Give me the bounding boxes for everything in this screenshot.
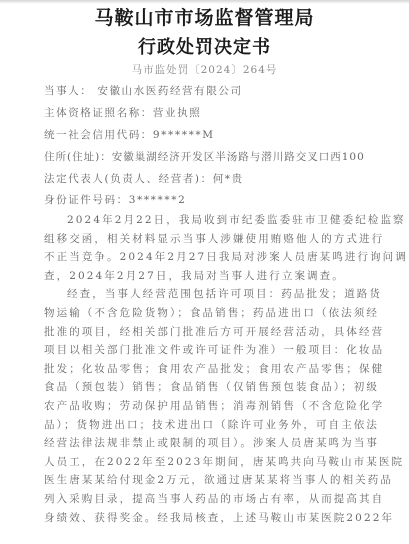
field-value: 何*贵 — [213, 173, 244, 185]
field-legal-representative: 法定代表人(负责人、经营者)：何*贵 — [44, 172, 244, 186]
field-label: 身份证件号码： — [44, 194, 129, 206]
field-label: 主体资格证照名称： — [44, 107, 153, 119]
field-license-name: 主体资格证照名称：营业执照 — [44, 106, 201, 120]
document-type-title: 行政处罚决定书 — [0, 36, 409, 60]
decision-body: 2024年2月22日，我局收到市纪委监委驻市卫健委纪检监察 组移交函，相关材料显… — [44, 211, 374, 527]
text-line: 不正当竞争。2024年2月27日我局对涉案人员唐某鸣进行询问调 — [44, 248, 374, 267]
text-line: 物运输（不含危险货物）；食品销售；药品进出口（依法须经 — [44, 304, 374, 323]
field-value: 3******2 — [129, 194, 187, 206]
field-credit-code: 统一社会信用代码：9******M — [44, 128, 215, 142]
text-line: 批发；化妆品零售；食用农产品批发；食用农产品零售；保健 — [44, 360, 374, 379]
field-label: 住所(住址)： — [44, 151, 112, 163]
text-line: 食品（预包装）销售；食品销售（仅销售预包装食品）；初级 — [44, 378, 374, 397]
text-line: 经营法律法规非禁止或限制的项目）。涉案人员唐某鸣为当事 — [44, 434, 374, 453]
field-label: 统一社会信用代码： — [44, 129, 153, 141]
text-line: 农产品收购；劳动保护用品销售；消毒剂销售（不含危险化学 — [44, 397, 374, 416]
field-address: 住所(住址)：安徽巢湖经济开发区半汤路与潜川路交叉口西100 — [44, 150, 365, 164]
text-line: 经查，当事人经营范围包括许可项目：药品批发；道路货 — [44, 285, 374, 304]
text-line: 人员工，在2022年至2023年期间，唐某鸣共向马鞍山市某医院 — [44, 453, 374, 472]
document-number: 马市监处罚〔2024〕264号 — [0, 63, 409, 77]
field-label: 当事人： — [44, 85, 92, 97]
text-line: 2024年2月22日，我局收到市纪委监委驻市卫健委纪检监察 — [44, 211, 374, 230]
text-line: 查，2024年2月27日，我局对当事人进行立案调查。 — [44, 267, 374, 286]
text-line: 列入采购目录，提高当事人药品的市场占有率，从而提高其自 — [44, 490, 374, 509]
page-top-edge — [0, 0, 409, 4]
field-id-number: 身份证件号码：3******2 — [44, 193, 186, 207]
paragraph-investigation: 经查，当事人经营范围包括许可项目：药品批发；道路货 物运输（不含危险货物）；食品… — [44, 285, 374, 527]
text-line: 批准的项目，经相关部门批准后方可开展经营活动，具体经营 — [44, 323, 374, 342]
text-line: 组移交函，相关材料显示当事人涉嫌使用贿赂他人的方式进行 — [44, 230, 374, 249]
field-value: 安徽山水医药经营有限公司 — [92, 85, 242, 97]
field-party: 当事人： 安徽山水医药经营有限公司 — [44, 84, 243, 98]
text-line: 品）；货物进出口；技术进出口（除许可业务外，可自主依法 — [44, 416, 374, 435]
agency-title: 马鞍山市市场监督管理局 — [0, 6, 409, 30]
field-value: 营业执照 — [153, 107, 201, 119]
field-value: 安徽巢湖经济开发区半汤路与潜川路交叉口西100 — [112, 151, 365, 163]
field-label: 法定代表人(负责人、经营者)： — [44, 173, 213, 185]
text-line: 身绩效、获得奖金。经我局核查，上述马鞍山市某医院2022年 — [44, 509, 374, 528]
text-line: 项目以相关部门批准文件或许可证件为准）一般项目：化妆品 — [44, 341, 374, 360]
field-value: 9******M — [153, 129, 215, 141]
paragraph-case-source: 2024年2月22日，我局收到市纪委监委驻市卫健委纪检监察 组移交函，相关材料显… — [44, 211, 374, 285]
text-line: 医生唐某某给付现金2万元，欲通过唐某某将当事人的相关药品 — [44, 471, 374, 490]
